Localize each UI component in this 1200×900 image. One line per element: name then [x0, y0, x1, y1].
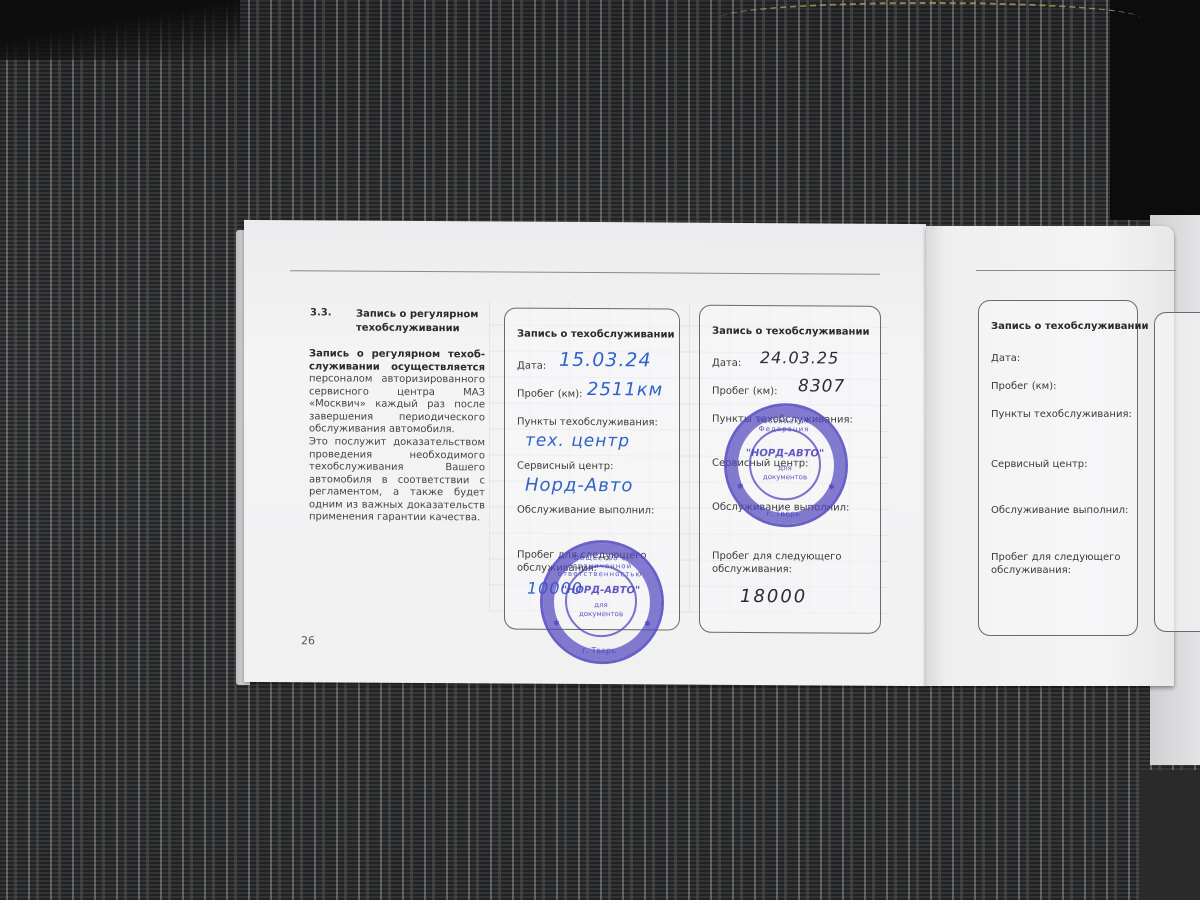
stamp-line-2: документов [751, 473, 819, 481]
service-record-card-4-partial [1154, 312, 1200, 632]
service-center-label: Сервисный центр: [991, 459, 1088, 470]
card-title: Запись о техобслуживании [991, 321, 1148, 332]
stamp-city: г. Тверь [543, 646, 655, 656]
header-rule [976, 270, 1176, 271]
paragraph-1-bold: Запись о регулярном техоб-служивании осу… [309, 348, 485, 373]
date-label: Дата: [991, 353, 1020, 364]
date-label: Дата: [517, 361, 546, 372]
date-label: Дата: [712, 358, 741, 369]
stamp-company-name: "НОРД-АВТО" [745, 448, 825, 459]
next-service-label: Пробег для следующего обслуживания: [712, 550, 862, 577]
background-floor [1140, 770, 1200, 900]
stamp-line-1: для [567, 601, 635, 609]
paragraph-1: Запись о регулярном техоб-служивании осу… [309, 348, 485, 437]
section-number: 3.3. [310, 307, 332, 318]
next-service-label: Пробег для следующего обслуживания: [991, 551, 1121, 577]
card-title: Запись о техобслуживании [712, 326, 869, 338]
stamp-star-icon: ✱ [737, 482, 744, 491]
stamp-star-icon: ✱ [828, 482, 835, 491]
stamp-line-1: для [751, 464, 819, 472]
mileage-value[interactable]: 2511км [587, 379, 663, 400]
stamp-inner-ring: "НОРД-АВТО" для документов [749, 428, 821, 500]
seat-seam [720, 2, 1140, 34]
service-items-label: Пункты техобслуживания: [517, 417, 658, 429]
stamp-company-name: "НОРД-АВТО" [561, 585, 641, 596]
stamp-star-icon: ✱ [644, 619, 651, 628]
page-left: 3.3. Запись о регулярном техобслуживании… [244, 220, 926, 686]
paragraph-2: Это послужит доказательством проведения … [309, 436, 485, 525]
mileage-label: Пробег (км): [517, 389, 583, 400]
stamp-city: г. Тверь [727, 509, 839, 519]
seat-shadow [0, 0, 240, 60]
header-rule [290, 270, 880, 275]
performed-by-label: Обслуживание выполнил: [991, 505, 1128, 516]
page-number: 26 [301, 634, 315, 647]
service-items-value[interactable]: тех. центр [525, 431, 630, 452]
next-service-value[interactable]: 18000 [740, 586, 807, 607]
stamp-inner-ring: "НОРД-АВТО" для документов [565, 565, 637, 637]
section-title: Запись о регулярном техобслуживании [356, 308, 496, 337]
stamp-line-2: документов [567, 610, 635, 618]
service-center-label: Сервисный центр: [517, 461, 614, 473]
company-stamp-2: Российская Федерация "НОРД-АВТО" для док… [724, 403, 848, 528]
mileage-label: Пробег (км): [712, 386, 778, 397]
service-center-value[interactable]: Норд-Авто [525, 475, 633, 497]
service-record-card-3: Запись о техобслуживании Дата: Пробег (к… [978, 300, 1138, 636]
card-title: Запись о техобслуживании [517, 329, 674, 341]
service-items-label: Пункты техобслуживания: [991, 409, 1132, 420]
company-stamp-1: Общество с ограниченной ответственностью… [540, 540, 664, 665]
performed-by-label: Обслуживание выполнил: [517, 505, 654, 517]
mileage-label: Пробег (км): [991, 381, 1057, 392]
stamp-star-icon: ✱ [553, 619, 560, 628]
mileage-value[interactable]: 8307 [798, 376, 845, 396]
service-booklet: 3.3. Запись о регулярном техобслуживании… [236, 222, 1176, 687]
date-value[interactable]: 15.03.24 [559, 349, 652, 372]
paragraph-1-text: персоналом авторизированного сервисного … [309, 373, 485, 435]
date-value[interactable]: 24.03.25 [760, 348, 839, 367]
